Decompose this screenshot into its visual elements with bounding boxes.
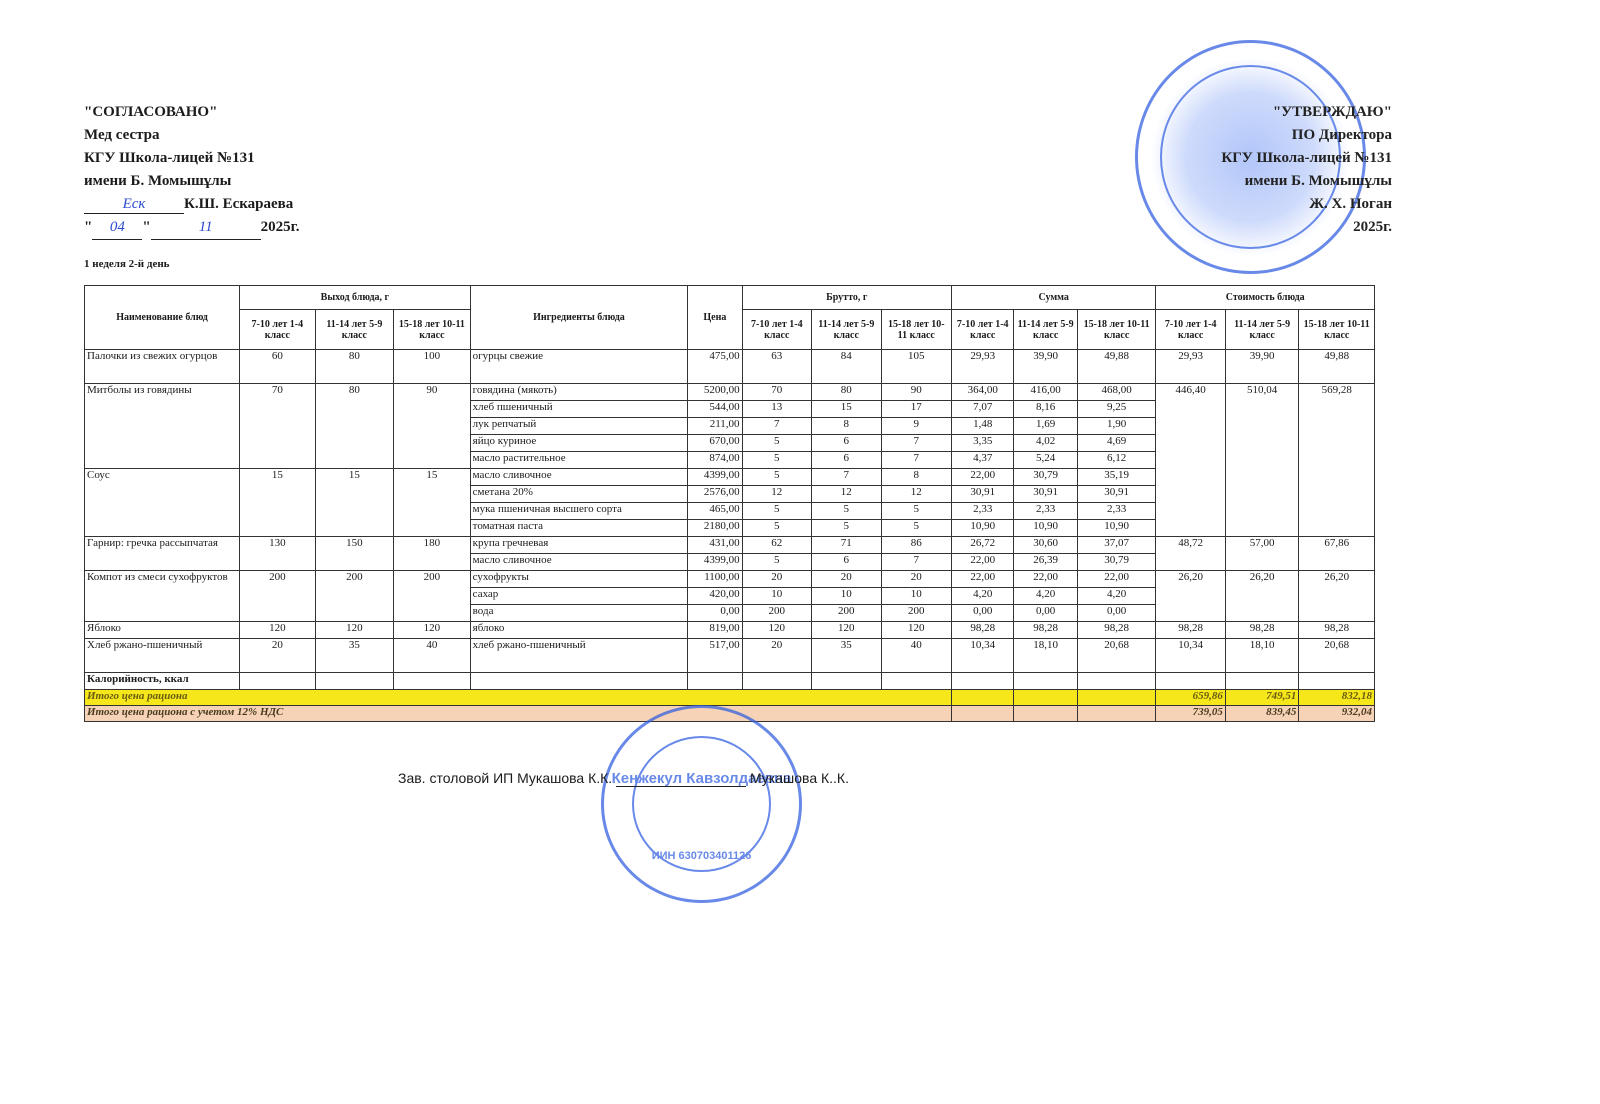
calories-cell <box>240 673 316 690</box>
ingredient-name: яйцо куриное <box>470 435 688 452</box>
calories-cell <box>315 673 394 690</box>
dish-yield: 200 <box>315 571 394 622</box>
ingredient-brutto: 70 <box>742 384 811 401</box>
ingredient-brutto: 20 <box>881 571 951 588</box>
dish-yield: 120 <box>315 622 394 639</box>
ingredient-sum: 1,69 <box>1014 418 1077 435</box>
dish-yield: 70 <box>240 384 316 469</box>
dish-yield: 150 <box>315 537 394 571</box>
ingredient-sum: 29,93 <box>952 350 1014 384</box>
dish-yield: 80 <box>315 350 394 384</box>
ingredient-sum: 4,02 <box>1014 435 1077 452</box>
date-day: 04 <box>92 216 142 240</box>
date-month: 11 <box>151 216 261 240</box>
ingredient-price: 475,00 <box>688 350 742 384</box>
ingredient-brutto: 5 <box>812 520 881 537</box>
empty-cell <box>1014 706 1077 722</box>
calories-cell <box>1299 673 1375 690</box>
ingredient-brutto: 105 <box>881 350 951 384</box>
ingredient-sum: 5,24 <box>1014 452 1077 469</box>
footer-signature: Зав. столовой ИП Мукашова К.К. Мукашова … <box>398 770 849 787</box>
dish-cost: 26,20 <box>1225 571 1299 622</box>
total-vat-row-value: 932,04 <box>1299 706 1375 722</box>
ingredient-brutto: 7 <box>812 469 881 486</box>
header-age: 11-14 лет 5-9 класс <box>1014 310 1077 350</box>
ingredient-sum: 98,28 <box>952 622 1014 639</box>
ingredient-price: 874,00 <box>688 452 742 469</box>
dish-yield: 200 <box>240 571 316 622</box>
approval-right-date: 2025г. <box>1221 216 1392 239</box>
ingredient-brutto: 7 <box>881 452 951 469</box>
dish-yield: 20 <box>240 639 316 673</box>
ingredient-sum: 8,16 <box>1014 401 1077 418</box>
ingredient-price: 670,00 <box>688 435 742 452</box>
ingredient-brutto: 6 <box>812 452 881 469</box>
ingredient-brutto: 84 <box>812 350 881 384</box>
ingredient-brutto: 5 <box>881 520 951 537</box>
ingredient-sum: 0,00 <box>1014 605 1077 622</box>
ingredient-sum: 10,90 <box>1077 520 1156 537</box>
ingredient-sum: 4,69 <box>1077 435 1156 452</box>
approval-left-org: КГУ Школа-лицей №131 <box>84 147 300 170</box>
dish-yield: 90 <box>394 384 471 469</box>
calories-cell <box>742 673 811 690</box>
calories-cell <box>812 673 881 690</box>
dish-name: Яблоко <box>85 622 240 639</box>
dish-yield: 35 <box>315 639 394 673</box>
ingredient-brutto: 15 <box>812 401 881 418</box>
ingredient-brutto: 40 <box>881 639 951 673</box>
ingredient-name: масло растительное <box>470 452 688 469</box>
ingredient-sum: 7,07 <box>952 401 1014 418</box>
ingredient-sum: 22,00 <box>952 469 1014 486</box>
ingredient-name: томатная паста <box>470 520 688 537</box>
date-year: 2025г. <box>261 219 300 235</box>
approval-right-title: "УТВЕРЖДАЮ" <box>1221 101 1392 124</box>
ingredient-brutto: 80 <box>812 384 881 401</box>
ingredient-brutto: 20 <box>742 639 811 673</box>
dish-cost: 39,90 <box>1225 350 1299 384</box>
approval-right: "УТВЕРЖДАЮ" ПО Директора КГУ Школа-лицей… <box>1221 101 1392 239</box>
approval-left-org-name: имени Б. Момышұлы <box>84 170 300 193</box>
dish-yield: 100 <box>394 350 471 384</box>
ingredient-sum: 1,90 <box>1077 418 1156 435</box>
ingredient-sum: 4,20 <box>1077 588 1156 605</box>
footer-signature-line <box>616 770 746 787</box>
dish-name: Компот из смеси сухофруктов <box>85 571 240 622</box>
ingredient-name: масло сливочное <box>470 554 688 571</box>
week-day-label: 1 неделя 2-й день <box>84 258 170 270</box>
total-row-value: 659,86 <box>1156 690 1225 706</box>
ingredient-brutto: 71 <box>812 537 881 554</box>
ingredient-sum: 9,25 <box>1077 401 1156 418</box>
header-sum: Сумма <box>952 286 1156 310</box>
table-row: Яблоко120120120яблоко819,0012012012098,2… <box>85 622 1375 639</box>
ingredient-price: 5200,00 <box>688 384 742 401</box>
ingredient-sum: 364,00 <box>952 384 1014 401</box>
ingredient-brutto: 6 <box>812 554 881 571</box>
header-age: 15-18 лет 10-11 класс <box>1077 310 1156 350</box>
ingredient-sum: 6,12 <box>1077 452 1156 469</box>
approval-left-title: "СОГЛАСОВАНО" <box>84 101 300 124</box>
dish-cost: 48,72 <box>1156 537 1225 571</box>
ingredient-sum: 2,33 <box>1077 503 1156 520</box>
calories-label: Калорийность, ккал <box>85 673 240 690</box>
ingredient-sum: 22,00 <box>1077 571 1156 588</box>
ingredient-brutto: 7 <box>881 554 951 571</box>
header-brutto: Брутто, г <box>742 286 951 310</box>
ingredient-brutto: 10 <box>881 588 951 605</box>
dish-cost: 29,93 <box>1156 350 1225 384</box>
ingredient-sum: 98,28 <box>1014 622 1077 639</box>
ingredient-sum: 10,34 <box>952 639 1014 673</box>
ingredient-brutto: 13 <box>742 401 811 418</box>
dish-cost: 98,28 <box>1156 622 1225 639</box>
ingredient-brutto: 120 <box>881 622 951 639</box>
header-age: 15-18 лет 10-11 класс <box>881 310 951 350</box>
ingredient-sum: 4,20 <box>1014 588 1077 605</box>
ingredient-brutto: 7 <box>742 418 811 435</box>
dish-yield: 15 <box>394 469 471 537</box>
ingredient-sum: 18,10 <box>1014 639 1077 673</box>
dish-cost: 10,34 <box>1156 639 1225 673</box>
ingredient-brutto: 5 <box>742 554 811 571</box>
ingredient-brutto: 8 <box>881 469 951 486</box>
ingredient-price: 431,00 <box>688 537 742 554</box>
header-age: 7-10 лет 1-4 класс <box>952 310 1014 350</box>
ingredient-sum: 4,37 <box>952 452 1014 469</box>
ingredient-sum: 0,00 <box>1077 605 1156 622</box>
dish-name: Гарнир: гречка рассыпчатая <box>85 537 240 571</box>
ingredient-name: яблоко <box>470 622 688 639</box>
calories-cell <box>881 673 951 690</box>
calories-row: Калорийность, ккал <box>85 673 1375 690</box>
ingredient-brutto: 17 <box>881 401 951 418</box>
header-age: 15-18 лет 10-11 класс <box>394 310 471 350</box>
footer-signatory: Мукашова К..К. <box>750 770 849 786</box>
ingredient-brutto: 86 <box>881 537 951 554</box>
ingredient-brutto: 20 <box>812 571 881 588</box>
dish-cost: 49,88 <box>1299 350 1375 384</box>
total-vat-row-label: Итого цена рациона с учетом 12% НДС <box>85 706 952 722</box>
table-row: Хлеб ржано-пшеничный203540хлеб ржано-пше… <box>85 639 1375 673</box>
ingredient-brutto: 12 <box>812 486 881 503</box>
ingredient-brutto: 200 <box>812 605 881 622</box>
dish-yield: 200 <box>394 571 471 622</box>
dish-yield: 130 <box>240 537 316 571</box>
dish-name: Палочки из свежих огурцов <box>85 350 240 384</box>
ingredient-sum: 2,33 <box>952 503 1014 520</box>
approval-right-signatory: Ж. Х. Ноган <box>1221 193 1392 216</box>
ingredient-brutto: 35 <box>812 639 881 673</box>
ingredient-sum: 26,72 <box>952 537 1014 554</box>
ingredient-price: 4399,00 <box>688 469 742 486</box>
ingredient-name: хлеб ржано-пшеничный <box>470 639 688 673</box>
ingredient-name: огурцы свежие <box>470 350 688 384</box>
dish-name: Митболы из говядины <box>85 384 240 469</box>
approval-left-signatory: К.Ш. Ескараева <box>184 196 293 212</box>
dish-yield: 15 <box>240 469 316 537</box>
ingredient-sum: 30,91 <box>1077 486 1156 503</box>
approval-left: "СОГЛАСОВАНО" Мед сестра КГУ Школа-лицей… <box>84 101 300 240</box>
ingredient-brutto: 12 <box>742 486 811 503</box>
header-price: Цена <box>688 286 742 350</box>
total-vat-row-value: 839,45 <box>1225 706 1299 722</box>
ingredient-price: 420,00 <box>688 588 742 605</box>
ingredient-brutto: 120 <box>812 622 881 639</box>
total-row: Итого цена рациона659,86749,51832,18 <box>85 690 1375 706</box>
dish-cost: 98,28 <box>1225 622 1299 639</box>
dish-cost: 510,04 <box>1225 384 1299 537</box>
ingredient-sum: 49,88 <box>1077 350 1156 384</box>
ingredient-name: мука пшеничная высшего сорта <box>470 503 688 520</box>
ingredient-brutto: 5 <box>812 503 881 520</box>
dish-cost: 26,20 <box>1299 571 1375 622</box>
calories-cell <box>688 673 742 690</box>
header-age: 11-14 лет 5-9 класс <box>812 310 881 350</box>
empty-cell <box>1014 690 1077 706</box>
empty-cell <box>1077 690 1156 706</box>
ingredient-brutto: 120 <box>742 622 811 639</box>
total-row-value: 832,18 <box>1299 690 1375 706</box>
dish-cost: 18,10 <box>1225 639 1299 673</box>
ingredient-sum: 39,90 <box>1014 350 1077 384</box>
header-yield: Выход блюда, г <box>240 286 471 310</box>
dish-cost: 446,40 <box>1156 384 1225 537</box>
total-vat-row-value: 739,05 <box>1156 706 1225 722</box>
chef-stamp: Кенжекул Кавзолдаевна ИИН 630703401126 <box>601 705 802 903</box>
empty-cell <box>1077 706 1156 722</box>
ingredient-brutto: 5 <box>742 435 811 452</box>
empty-cell <box>952 690 1014 706</box>
ingredient-price: 465,00 <box>688 503 742 520</box>
ingredient-brutto: 5 <box>742 503 811 520</box>
ingredient-price: 211,00 <box>688 418 742 435</box>
ingredient-name: лук репчатый <box>470 418 688 435</box>
ingredient-sum: 30,91 <box>952 486 1014 503</box>
ingredient-sum: 22,00 <box>952 554 1014 571</box>
ingredient-price: 4399,00 <box>688 554 742 571</box>
ingredient-brutto: 10 <box>742 588 811 605</box>
ingredient-price: 2576,00 <box>688 486 742 503</box>
total-row-label: Итого цена рациона <box>85 690 952 706</box>
dish-name: Хлеб ржано-пшеничный <box>85 639 240 673</box>
ingredient-price: 517,00 <box>688 639 742 673</box>
ingredient-sum: 2,33 <box>1014 503 1077 520</box>
ingredient-price: 544,00 <box>688 401 742 418</box>
ingredient-sum: 30,79 <box>1014 469 1077 486</box>
total-row-value: 749,51 <box>1225 690 1299 706</box>
ingredient-sum: 37,07 <box>1077 537 1156 554</box>
ingredient-brutto: 5 <box>742 469 811 486</box>
dish-yield: 120 <box>240 622 316 639</box>
header-age: 7-10 лет 1-4 класс <box>240 310 316 350</box>
dish-yield: 60 <box>240 350 316 384</box>
ingredient-price: 819,00 <box>688 622 742 639</box>
ingredient-sum: 10,90 <box>952 520 1014 537</box>
ingredient-brutto: 90 <box>881 384 951 401</box>
dish-cost: 57,00 <box>1225 537 1299 571</box>
dish-yield: 120 <box>394 622 471 639</box>
table-row: Палочки из свежих огурцов6080100огурцы с… <box>85 350 1375 384</box>
header-age: 11-14 лет 5-9 класс <box>1225 310 1299 350</box>
ingredient-brutto: 6 <box>812 435 881 452</box>
ingredient-price: 2180,00 <box>688 520 742 537</box>
ingredient-sum: 35,19 <box>1077 469 1156 486</box>
ingredient-sum: 26,39 <box>1014 554 1077 571</box>
ingredient-price: 1100,00 <box>688 571 742 588</box>
ingredient-name: говядина (мякоть) <box>470 384 688 401</box>
ingredient-sum: 22,00 <box>952 571 1014 588</box>
ingredient-name: сахар <box>470 588 688 605</box>
ingredient-brutto: 62 <box>742 537 811 554</box>
header-age: 15-18 лет 10-11 класс <box>1299 310 1375 350</box>
ingredient-sum: 30,79 <box>1077 554 1156 571</box>
ingredient-brutto: 200 <box>742 605 811 622</box>
menu-table: Наименование блюд Выход блюда, г Ингреди… <box>84 285 1375 722</box>
ingredient-brutto: 5 <box>881 503 951 520</box>
ingredient-name: вода <box>470 605 688 622</box>
header-age: 7-10 лет 1-4 класс <box>742 310 811 350</box>
ingredient-brutto: 63 <box>742 350 811 384</box>
ingredient-brutto: 7 <box>881 435 951 452</box>
approval-right-org-name: имени Б. Момышұлы <box>1221 170 1392 193</box>
ingredient-name: сметана 20% <box>470 486 688 503</box>
empty-cell <box>952 706 1014 722</box>
header-cost: Стоимость блюда <box>1156 286 1375 310</box>
ingredient-name: крупа гречневая <box>470 537 688 554</box>
ingredient-brutto: 9 <box>881 418 951 435</box>
dish-name: Соус <box>85 469 240 537</box>
ingredient-name: сухофрукты <box>470 571 688 588</box>
dish-cost: 67,86 <box>1299 537 1375 571</box>
ingredient-sum: 30,91 <box>1014 486 1077 503</box>
header-age: 7-10 лет 1-4 класс <box>1156 310 1225 350</box>
header-ingredients: Ингредиенты блюда <box>470 286 688 350</box>
ingredient-sum: 0,00 <box>952 605 1014 622</box>
dish-cost: 98,28 <box>1299 622 1375 639</box>
table-row: Гарнир: гречка рассыпчатая130150180крупа… <box>85 537 1375 554</box>
dish-yield: 180 <box>394 537 471 571</box>
ingredient-sum: 468,00 <box>1077 384 1156 401</box>
calories-cell <box>952 673 1014 690</box>
ingredient-brutto: 12 <box>881 486 951 503</box>
approval-right-org: КГУ Школа-лицей №131 <box>1221 147 1392 170</box>
calories-cell <box>1156 673 1225 690</box>
ingredient-brutto: 20 <box>742 571 811 588</box>
ingredient-sum: 20,68 <box>1077 639 1156 673</box>
ingredient-sum: 22,00 <box>1014 571 1077 588</box>
ingredient-brutto: 8 <box>812 418 881 435</box>
dish-yield: 80 <box>315 384 394 469</box>
signature-mark: Еск <box>84 195 184 214</box>
ingredient-sum: 10,90 <box>1014 520 1077 537</box>
dish-yield: 15 <box>315 469 394 537</box>
ingredient-sum: 98,28 <box>1077 622 1156 639</box>
dish-cost: 20,68 <box>1299 639 1375 673</box>
dish-cost: 569,28 <box>1299 384 1375 537</box>
ingredient-sum: 416,00 <box>1014 384 1077 401</box>
calories-cell <box>394 673 471 690</box>
calories-cell <box>1225 673 1299 690</box>
header-age: 11-14 лет 5-9 класс <box>315 310 394 350</box>
dish-yield: 40 <box>394 639 471 673</box>
table-row: Компот из смеси сухофруктов200200200сухо… <box>85 571 1375 588</box>
ingredient-brutto: 10 <box>812 588 881 605</box>
stamp-id: ИИН 630703401126 <box>604 850 799 862</box>
ingredient-name: хлеб пшеничный <box>470 401 688 418</box>
footer-label: Зав. столовой ИП Мукашова К.К. <box>398 770 612 786</box>
approval-left-position: Мед сестра <box>84 124 300 147</box>
ingredient-sum: 30,60 <box>1014 537 1077 554</box>
ingredient-brutto: 5 <box>742 452 811 469</box>
ingredient-sum: 3,35 <box>952 435 1014 452</box>
ingredient-sum: 1,48 <box>952 418 1014 435</box>
ingredient-brutto: 200 <box>881 605 951 622</box>
ingredient-name: масло сливочное <box>470 469 688 486</box>
table-row: Митболы из говядины708090говядина (мякот… <box>85 384 1375 401</box>
approval-right-position: ПО Директора <box>1221 124 1392 147</box>
ingredient-price: 0,00 <box>688 605 742 622</box>
header-dish: Наименование блюд <box>85 286 240 350</box>
calories-cell <box>1014 673 1077 690</box>
calories-cell <box>470 673 688 690</box>
calories-cell <box>1077 673 1156 690</box>
dish-cost: 26,20 <box>1156 571 1225 622</box>
ingredient-sum: 4,20 <box>952 588 1014 605</box>
ingredient-brutto: 5 <box>742 520 811 537</box>
